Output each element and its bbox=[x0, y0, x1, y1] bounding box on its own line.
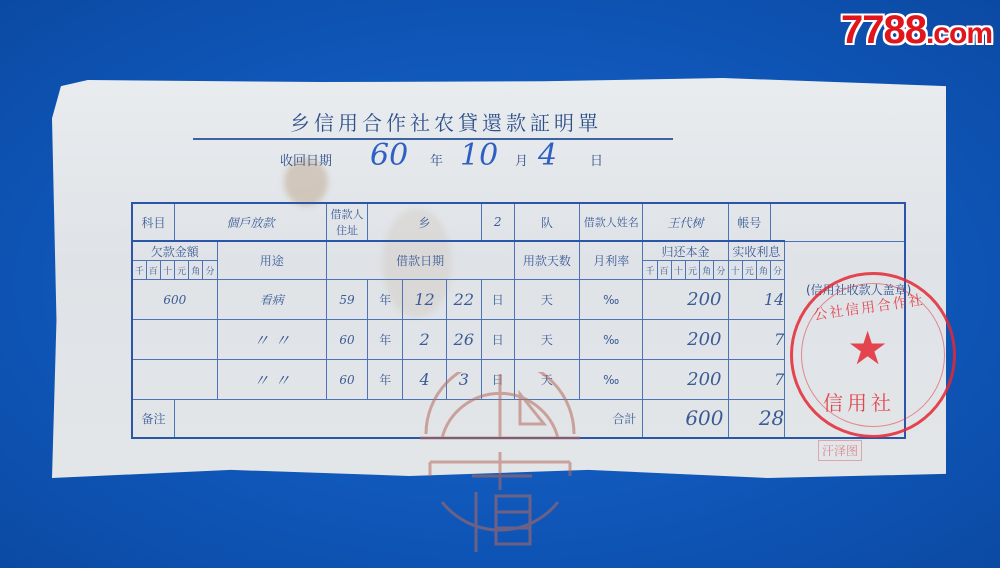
rate-unit: ‰ bbox=[580, 320, 643, 360]
township-label: 乡 bbox=[368, 203, 482, 241]
interest-value: 7 bbox=[728, 360, 785, 400]
remarks-label: 备注 bbox=[132, 400, 175, 438]
interest-value: 7 bbox=[728, 320, 785, 360]
account-value bbox=[771, 203, 905, 241]
return-day: 4 bbox=[538, 138, 557, 173]
purpose-value: 〃 〃 bbox=[217, 320, 326, 360]
principal-unit: 十 bbox=[671, 261, 685, 280]
principal-unit: 元 bbox=[685, 261, 699, 280]
loan-year: 60 bbox=[326, 360, 367, 400]
watermark-suffix: .com bbox=[926, 17, 992, 50]
loan-month: 12 bbox=[403, 280, 447, 320]
owed-unit: 十 bbox=[160, 261, 174, 280]
principal-unit: 百 bbox=[657, 261, 671, 280]
owed-amount-header: 欠款金額 bbox=[132, 241, 217, 261]
year-label: 年 bbox=[368, 360, 403, 400]
year-label: 年 bbox=[368, 320, 403, 360]
interest-unit: 角 bbox=[756, 261, 770, 280]
team-label: 队 bbox=[514, 203, 580, 241]
principal-returned-header: 归还本金 bbox=[643, 241, 728, 261]
qing-watermark-icon bbox=[412, 372, 588, 562]
stamp-bottom-text: 信用社 bbox=[823, 387, 895, 416]
monthly-rate-header: 月利率 bbox=[580, 241, 643, 280]
total-interest: 28 bbox=[728, 400, 785, 438]
owed-unit: 分 bbox=[203, 261, 217, 280]
rate-unit: ‰ bbox=[580, 360, 643, 400]
owed-value bbox=[132, 320, 217, 360]
loan-year: 59 bbox=[326, 280, 367, 320]
borrower-name-value: 王代树 bbox=[643, 203, 728, 241]
return-year: 60 bbox=[370, 138, 408, 173]
interest-received-header: 实收利息 bbox=[728, 241, 785, 261]
loan-day: 22 bbox=[446, 280, 481, 320]
interest-value: 14 bbox=[728, 280, 785, 320]
year-label: 年 bbox=[368, 280, 403, 320]
subject-label: 科目 bbox=[132, 203, 175, 241]
total-principal: 600 bbox=[643, 400, 728, 438]
days-unit: 天 bbox=[514, 320, 580, 360]
account-label: 帳号 bbox=[728, 203, 771, 241]
day-label: 日 bbox=[590, 150, 603, 169]
principal-value: 200 bbox=[643, 320, 728, 360]
return-month: 10 bbox=[460, 138, 498, 173]
borrower-address-label: 借款人住址 bbox=[326, 203, 367, 241]
days-unit: 天 bbox=[514, 280, 580, 320]
day-label: 日 bbox=[481, 320, 514, 360]
year-label: 年 bbox=[430, 150, 443, 169]
star-icon: ★ bbox=[847, 325, 888, 371]
principal-unit: 角 bbox=[700, 261, 714, 280]
purpose-value: 看病 bbox=[217, 280, 326, 320]
principal-unit: 分 bbox=[714, 261, 728, 280]
team-value: 2 bbox=[481, 203, 514, 241]
rate-unit: ‰ bbox=[580, 280, 643, 320]
purpose-header: 用途 bbox=[217, 241, 326, 280]
loan-date-header: 借款日期 bbox=[326, 241, 514, 280]
return-date-line: 收回日期 60 年 10 月 4 日 bbox=[280, 150, 332, 169]
owed-value bbox=[132, 360, 217, 400]
document-title: 乡信用合作社农貸還款証明單 bbox=[290, 107, 602, 136]
small-red-seal: 汗泽图 bbox=[818, 440, 862, 461]
return-date-label: 收回日期 bbox=[280, 154, 332, 169]
principal-unit: 千 bbox=[643, 261, 657, 280]
title-underline bbox=[193, 138, 673, 140]
loan-year: 60 bbox=[326, 320, 367, 360]
owed-unit: 元 bbox=[175, 261, 189, 280]
interest-unit: 元 bbox=[742, 261, 756, 280]
loan-month: 2 bbox=[403, 320, 447, 360]
owed-unit: 千 bbox=[132, 261, 146, 280]
owed-value: 600 bbox=[132, 280, 217, 320]
day-label: 日 bbox=[481, 280, 514, 320]
watermark-number: 7788 bbox=[841, 8, 926, 52]
days-used-header: 用款天数 bbox=[514, 241, 580, 280]
principal-value: 200 bbox=[643, 360, 728, 400]
red-official-stamp: 公社信用合作社 ★ 信用社 bbox=[790, 272, 956, 438]
interest-unit: 十 bbox=[728, 261, 742, 280]
owed-unit: 角 bbox=[189, 261, 203, 280]
interest-unit: 分 bbox=[771, 261, 785, 280]
month-label: 月 bbox=[515, 150, 528, 169]
loan-day: 26 bbox=[446, 320, 481, 360]
purpose-value: 〃 〃 bbox=[217, 360, 326, 400]
subject-value: 個戶放款 bbox=[175, 203, 327, 241]
owed-unit: 百 bbox=[146, 261, 160, 280]
borrower-name-label: 借款人姓名 bbox=[580, 203, 643, 241]
site-watermark-logo: 7788.com bbox=[841, 8, 992, 56]
principal-value: 200 bbox=[643, 280, 728, 320]
